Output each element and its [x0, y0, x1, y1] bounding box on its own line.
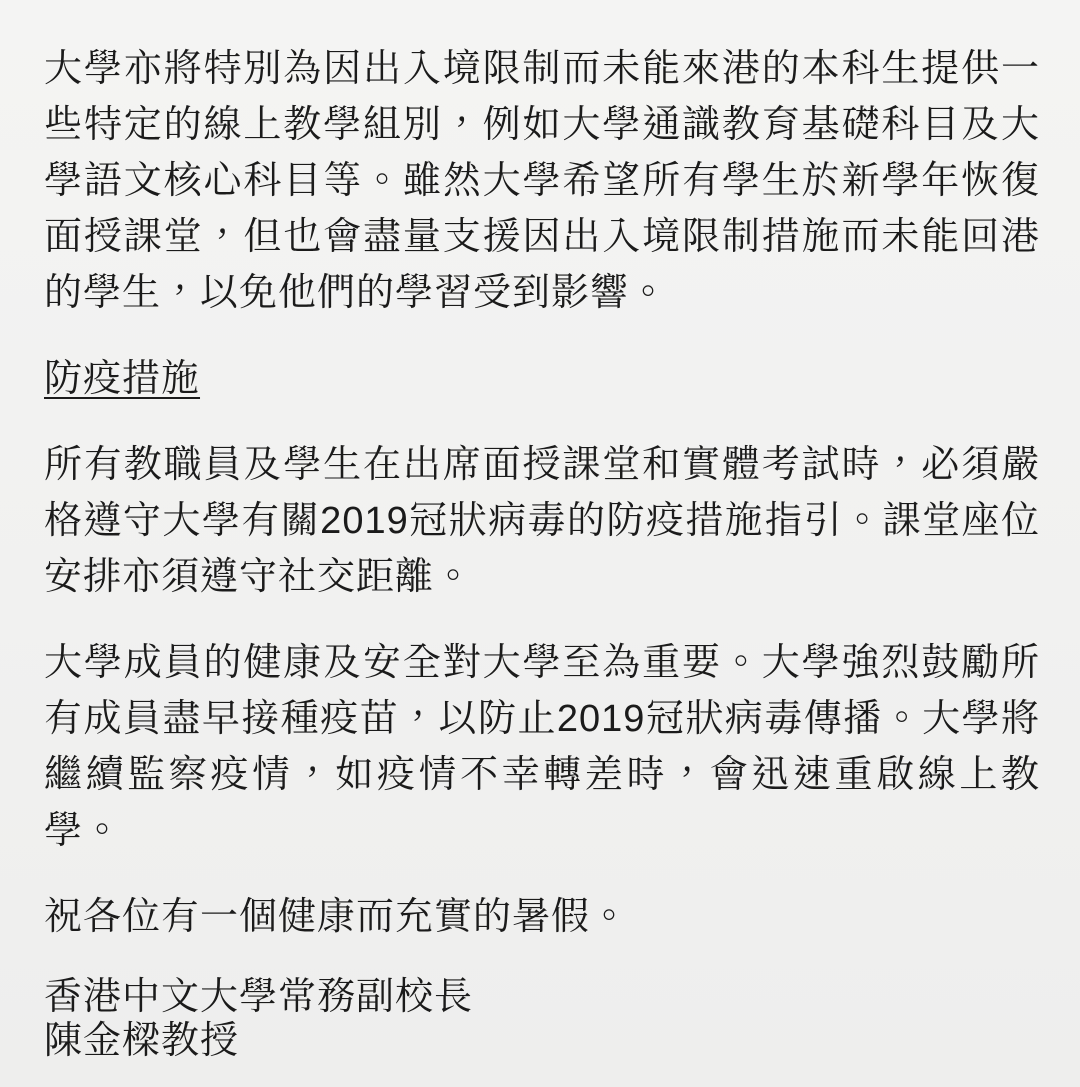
signature-name: 陳金樑教授	[44, 1019, 1040, 1063]
intro-paragraph: 大學亦將特別為因出入境限制而未能來港的本科生提供一些特定的線上教學組別，例如大學…	[44, 41, 1040, 321]
signature-block: 香港中文大學常務副校長 陳金樑教授	[44, 975, 1040, 1063]
section-heading-anti-epidemic-measures: 防疫措施	[44, 351, 1040, 407]
letter-body: 大學亦將特別為因出入境限制而未能來港的本科生提供一些特定的線上教學組別，例如大學…	[0, 0, 1080, 1087]
closing-paragraph: 祝各位有一個健康而充實的暑假。	[44, 889, 1040, 945]
measures-paragraph: 所有教職員及學生在出席面授課堂和實體考試時，必須嚴格遵守大學有關2019冠狀病毒…	[44, 437, 1040, 605]
signature-title: 香港中文大學常務副校長	[44, 975, 1040, 1019]
vaccination-paragraph: 大學成員的健康及安全對大學至為重要。大學強烈鼓勵所有成員盡早接種疫苗，以防止20…	[44, 635, 1040, 859]
